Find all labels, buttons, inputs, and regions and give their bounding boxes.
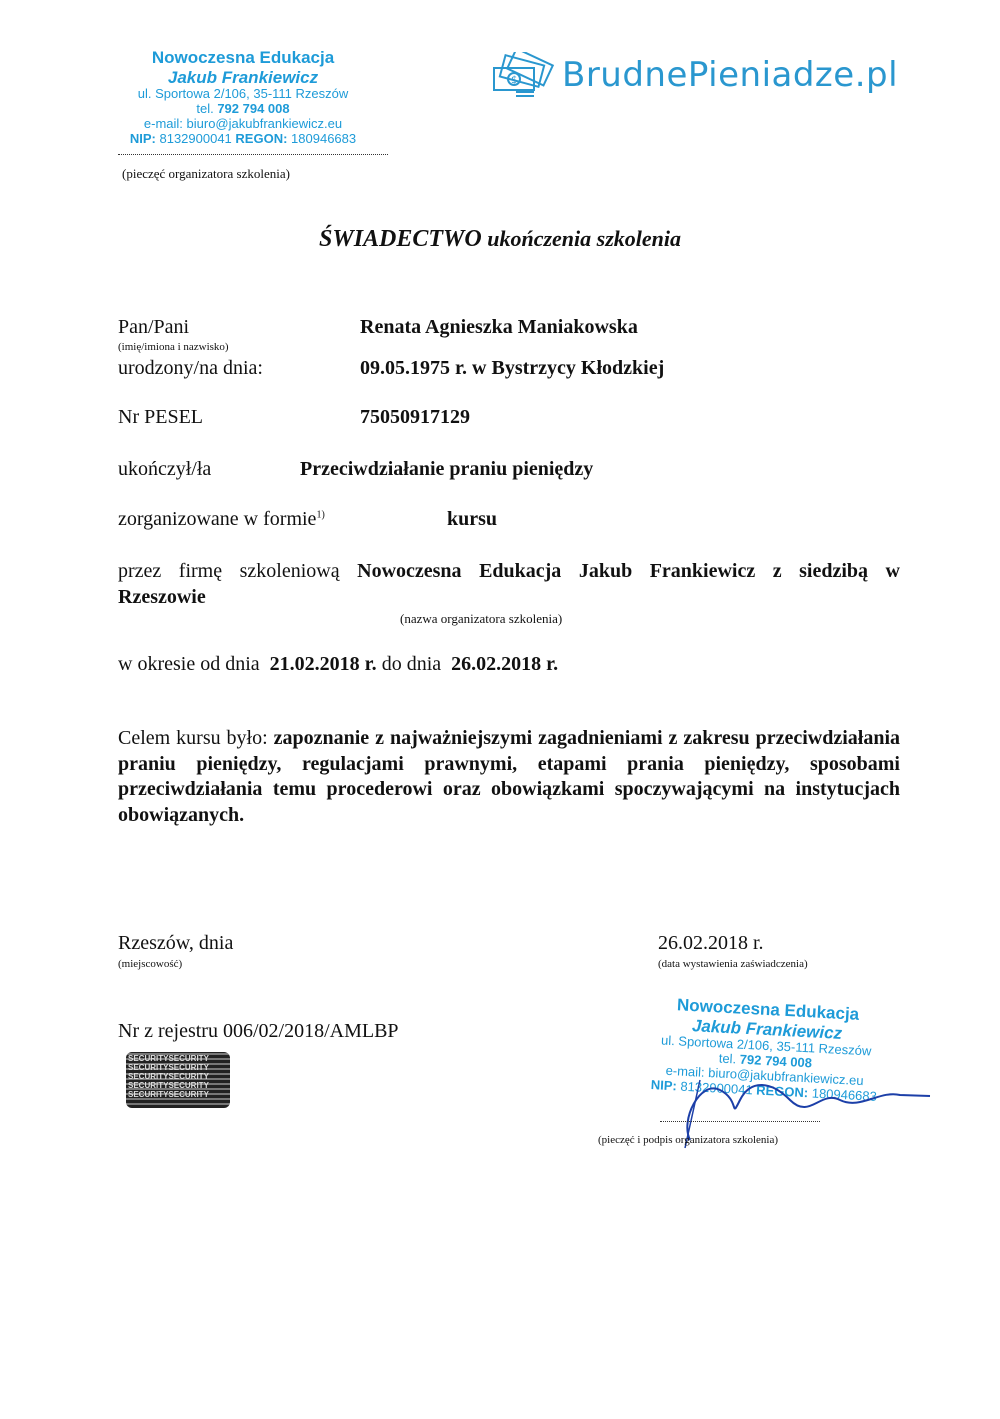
logo-text: BrudnePieniadze.pl [562,55,898,95]
stamp-address: ul. Sportowa 2/106, 35-111 Rzeszów [118,87,368,102]
stamp-caption: (pieczęć organizatora szkolenia) [122,166,290,182]
birth-value: 09.05.1975 r. w Bystrzycy Kłodzkiej [360,357,664,380]
place-caption: (miejscowość) [118,958,182,970]
completed-label: ukończył/ła [118,458,211,481]
name-value: Renata Agnieszka Maniakowska [360,316,638,339]
stamp-email: e-mail: biuro@jakubfrankiewicz.eu [118,117,368,132]
document-title: ŚWIADECTWO ukończenia szkolenia [0,226,1000,253]
organizer-paragraph: przez firmę szkoleniową Nowoczesna Eduka… [118,559,900,610]
signature-dotted-line [660,1121,820,1122]
stamp-owner-name: Jakub Frankiewicz [118,68,368,88]
name-sublabel: (imię/imiona i nazwisko) [118,341,229,353]
form-label: zorganizowane w formie1) [118,508,325,531]
course-period: w okresie od dnia 21.02.2018 r. do dnia … [118,653,558,676]
security-hologram: SECURITYSECURITY SECURITYSECURITY SECURI… [126,1052,230,1108]
stamp-nip-regon: NIP: 8132900041 REGON: 180946683 [118,132,368,147]
birth-label: urodzony/na dnia: [118,357,263,380]
svg-text:$: $ [511,75,517,86]
pesel-label: Nr PESEL [118,406,203,429]
money-bills-icon: $ [490,52,562,98]
organizer-caption: (nazwa organizatora szkolenia) [400,611,562,627]
registry-number: Nr z rejestru 006/02/2018/AMLBP [118,1020,399,1043]
organizer-stamp-top: Nowoczesna Edukacja Jakub Frankiewicz ul… [118,48,368,147]
name-label: Pan/Pani [118,316,189,339]
stamp-company-name: Nowoczesna Edukacja [118,48,368,68]
stamp-phone: tel. 792 794 008 [118,102,368,117]
brand-logo: $ BrudnePieniadze.pl [490,52,898,98]
pesel-value: 75050917129 [360,406,470,429]
course-name: Przeciwdziałanie praniu pieniędzy [300,458,593,481]
place-label: Rzeszów, dnia [118,932,233,955]
course-purpose: Celem kursu było: zapoznanie z najważnie… [118,726,900,828]
form-value: kursu [447,508,497,531]
issue-date-caption: (data wystawienia zaświadczenia) [658,958,808,970]
stamp-dotted-line [118,154,388,155]
signature-caption: (pieczęć i podpis organizatora szkolenia… [598,1134,778,1146]
issue-date: 26.02.2018 r. [658,932,764,955]
